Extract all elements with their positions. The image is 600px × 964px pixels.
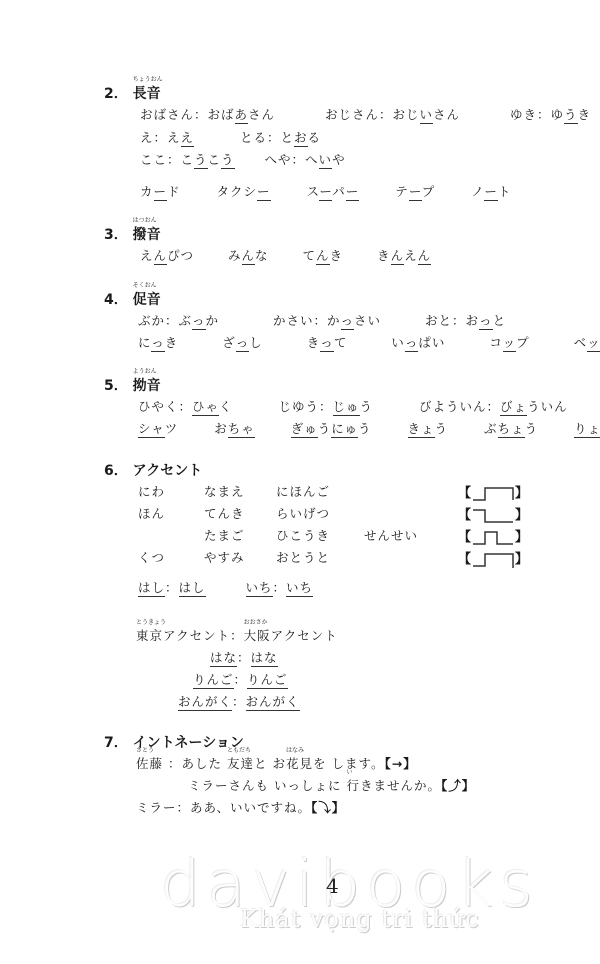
s4-row1: ぶか：ぶっか かさい：かっさい おと：おっと: [138, 311, 506, 329]
section-4-title: そくおん 促音: [133, 289, 161, 309]
section-2-title: ちょうおん 長音: [133, 83, 161, 103]
accent-pattern-1: 【】: [458, 482, 528, 503]
s2-row1: おばさん：おばあさん おじさん：おじいさん ゆき：ゆうき: [140, 105, 591, 123]
accent-word: らいげつ: [276, 504, 330, 522]
section-2-heading: 2． ちょうおん 長音: [104, 83, 161, 103]
accent-word: くつ: [138, 548, 165, 566]
page-number: 4: [326, 874, 339, 898]
compare-hana: はな：はな: [210, 648, 278, 666]
compare-ringo: りんご：りんご: [193, 670, 288, 688]
section-5-heading: 5． ようおん 拗音: [104, 375, 161, 395]
section-6-heading: 6． アクセント: [104, 460, 202, 480]
accent-pair-hashi: はし：はし いち：いち: [138, 578, 313, 596]
accent-word: ほん: [138, 504, 165, 522]
tokyo-osaka-label: とうきょう東京アクセント：おおさか大阪アクセント: [136, 626, 338, 644]
s5-row2: シャツ おちゃ ぎゅうにゅう きょう ぶちょう りょこう: [138, 419, 600, 437]
section-5-title: ようおん 拗音: [133, 375, 161, 395]
section-3-title: はつおん 撥音: [133, 224, 161, 244]
compare-ongaku: おんがく：おんがく: [178, 692, 300, 710]
s2-row3: ここ：こうこう へや：へいや: [140, 150, 346, 168]
accent-word: おとうと: [276, 548, 330, 566]
s3-words: えんぴつ みんな てんき きんえん: [140, 246, 431, 264]
s5-row1: ひやく：ひゃく じゆう：じゅう びよういん：びょういん: [138, 397, 568, 415]
section-3-heading: 3． はつおん 撥音: [104, 224, 161, 244]
accent-word: たまご: [204, 526, 245, 544]
watermark-tagline: Khát vọng tri thức: [240, 905, 480, 933]
intonation-falling-mark: 【⤵】: [311, 800, 345, 815]
accent-pattern-2: 【】: [458, 504, 528, 525]
s2-row2: え：ええ とる：とおる: [140, 128, 321, 146]
accent-pattern-4: 【】: [458, 548, 528, 569]
accent-word: にほんご: [276, 482, 330, 500]
accent-word: せんせい: [364, 526, 418, 544]
dialogue-line-3: ミラー：ああ、いいですね。【⤵】: [136, 798, 345, 816]
accent-word: やすみ: [204, 548, 245, 566]
accent-pattern-3: 【】: [458, 526, 528, 547]
section-7-heading: 7． イントネーション: [104, 732, 244, 752]
dialogue-line-1: さとう佐藤 ：あした ともだち友達と おはなみ花見を します。【→】: [136, 754, 417, 772]
section-6-title: アクセント: [133, 463, 203, 479]
dialogue-line-2: ミラーさんも いっしょに い行きませんか。【⤴】: [188, 776, 475, 794]
section-4-heading: 4． そくおん 促音: [104, 289, 161, 309]
accent-word: にわ: [138, 482, 165, 500]
s4-row2: にっき ざっし きって いっぱい コップ ベッド: [138, 333, 600, 351]
accent-word: なまえ: [204, 482, 245, 500]
intonation-flat-mark: 【→】: [384, 756, 416, 771]
s2-katakana-row: カード タクシー スーパー テープ ノート: [140, 182, 511, 200]
accent-word: ひこうき: [276, 526, 330, 544]
accent-word: てんき: [204, 504, 245, 522]
intonation-rising-mark: 【⤴】: [441, 778, 475, 793]
